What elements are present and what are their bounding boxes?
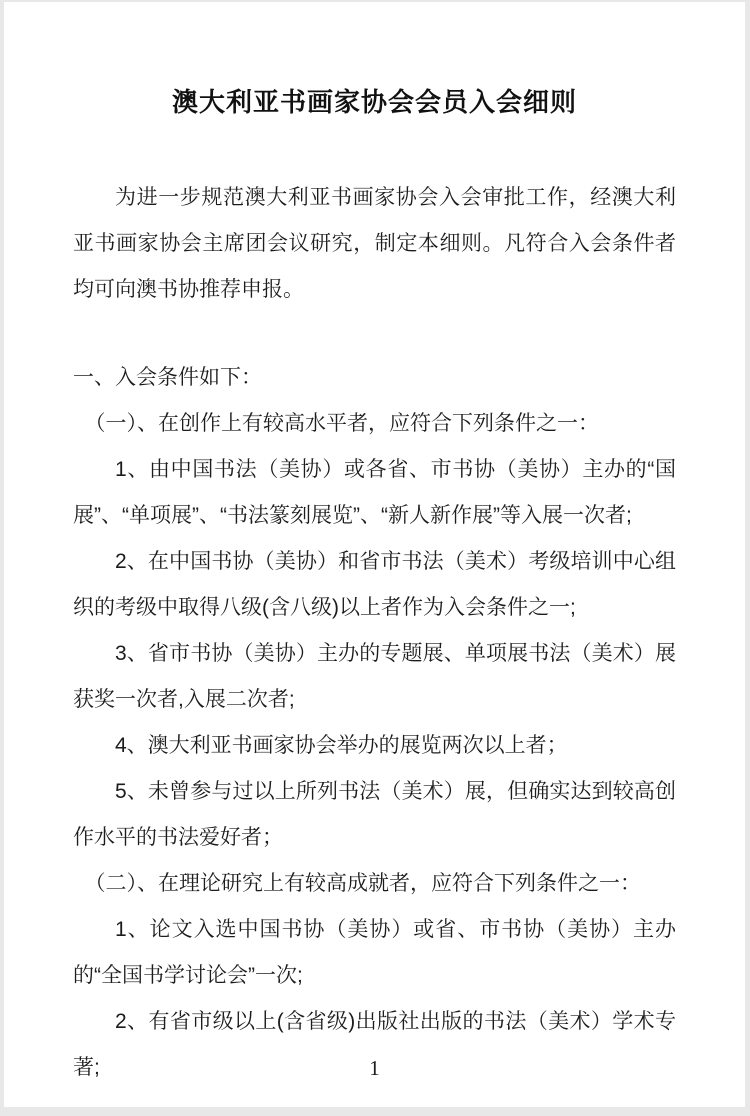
document-body: 为进一步规范澳大利亚书画家协会入会审批工作，经澳大利亚书画家协会主席团会议研究，…	[73, 175, 676, 1091]
paragraph: 一、入会条件如下：	[73, 355, 676, 401]
paragraph: 5、未曾参与过以上所列书法（美术）展，但确实达到较高创作水平的书法爱好者；	[73, 769, 676, 861]
paragraph: 2、在中国书协（美协）和省市书法（美术）考级培训中心组织的考级中取得八级(含八级…	[73, 539, 676, 631]
document-page: 澳大利亚书画家协会会员入会细则 为进一步规范澳大利亚书画家协会入会审批工作，经澳…	[4, 2, 745, 1107]
paragraph: 1、由中国书法（美协）或各省、市书协（美协）主办的“国展”、“单项展”、“书法篆…	[73, 447, 676, 539]
paragraph: （二）、在理论研究上有较高成就者，应符合下列条件之一：	[73, 861, 676, 907]
paragraph: 1、论文入选中国书协（美协）或省、市书协（美协）主办的“全国书学讨论会”一次;	[73, 907, 676, 999]
paragraph: 3、省市书协（美协）主办的专题展、单项展书法（美术）展获奖一次者,入展二次者;	[73, 631, 676, 723]
document-title: 澳大利亚书画家协会会员入会细则	[73, 78, 676, 126]
document-content: 澳大利亚书画家协会会员入会细则 为进一步规范澳大利亚书画家协会入会审批工作，经澳…	[4, 2, 745, 1091]
page-number: 1	[4, 1056, 745, 1081]
paragraph: 4、澳大利亚书画家协会举办的展览两次以上者；	[73, 723, 676, 769]
paragraph: 为进一步规范澳大利亚书画家协会入会审批工作，经澳大利亚书画家协会主席团会议研究，…	[73, 175, 676, 313]
paragraph: （一）、在创作上有较高水平者，应符合下列条件之一：	[73, 401, 676, 447]
